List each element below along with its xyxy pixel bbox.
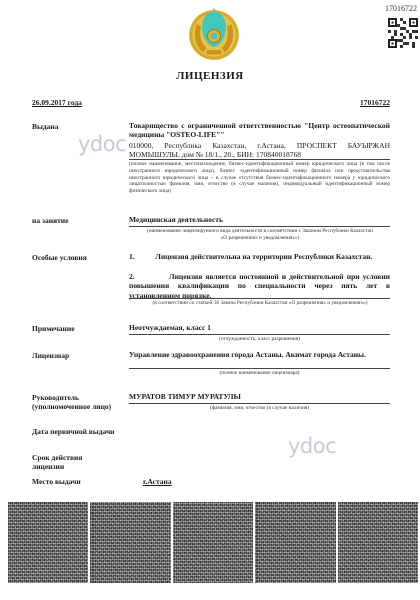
issued-to-hint: (полное наименование, местонахождение, б…	[129, 161, 390, 195]
head-value: МУРАТОВ ТИМУР МУРАТУЛЫ	[129, 392, 390, 401]
issue-date: 26.09.2017 года	[32, 98, 82, 107]
watermark: ydoc	[288, 434, 336, 458]
divider	[129, 226, 390, 227]
security-barcode-block	[255, 502, 335, 583]
activity-label: на занятие	[32, 216, 68, 225]
qr-code-icon	[388, 18, 418, 48]
license-number: 17016722	[360, 98, 390, 107]
page-title: ЛИЦЕНЗИЯ	[0, 70, 420, 82]
head-label: Руководитель (уполномоченное лицо)	[32, 393, 111, 412]
coat-of-arms-icon	[187, 8, 241, 62]
document-number-top: 17016722	[385, 4, 417, 13]
validity-label-line1: Срок действия	[32, 453, 82, 462]
divider	[129, 368, 390, 369]
first-issue-date-label: Дата первичной выдачи	[32, 427, 115, 436]
head-label-line2: (уполномоченное лицо)	[32, 402, 111, 411]
security-barcode-block	[8, 502, 88, 583]
security-barcode-strip	[8, 502, 418, 583]
place-value: г.Астана	[143, 477, 172, 486]
validity-label-line2: лицензии	[32, 462, 82, 471]
licensor-hint: (полное наименование лицензиара)	[129, 370, 390, 377]
security-barcode-block	[90, 502, 170, 583]
security-barcode-block	[173, 502, 253, 583]
note-label: Примечание	[32, 324, 75, 333]
licensor-label: Лицензиар	[32, 351, 69, 360]
issued-to-address: 010000, Республика Казахстан, г.Астана, …	[129, 141, 390, 160]
watermark: ydoc	[78, 132, 126, 156]
security-barcode-block	[338, 502, 418, 583]
divider	[129, 403, 390, 404]
note-value: Неотчуждаемая, класс 1	[129, 323, 390, 332]
licensor-value: Управление здравоохранения города Астаны…	[129, 350, 390, 359]
divider	[129, 334, 390, 335]
head-label-line1: Руководитель	[32, 393, 111, 402]
activity-value: Медицинская деятельность	[129, 215, 390, 224]
conditions-label: Особые условия	[32, 253, 87, 262]
issued-to-label: Выдана	[32, 122, 58, 131]
head-hint: (фамилия, имя, отчество (в случае наличи…	[129, 405, 390, 412]
activity-hint: (наименование лицензируемого вида деятел…	[145, 228, 375, 242]
divider	[129, 298, 390, 299]
divider	[129, 159, 390, 160]
note-hint: (отчуждаемость, класс разрешения)	[129, 336, 390, 343]
issued-to-value: Товарищество с ограниченной ответственно…	[129, 121, 390, 140]
conditions-hint: (в соответствии со статьей 36 Закона Рес…	[140, 300, 380, 307]
condition-item-2: 2. Лицензия является постоянной и действ…	[129, 272, 390, 300]
validity-label: Срок действия лицензии	[32, 453, 82, 472]
condition-item-1: 1. Лицензия действительна на территории …	[129, 252, 390, 261]
place-label: Место выдачи	[32, 477, 81, 486]
